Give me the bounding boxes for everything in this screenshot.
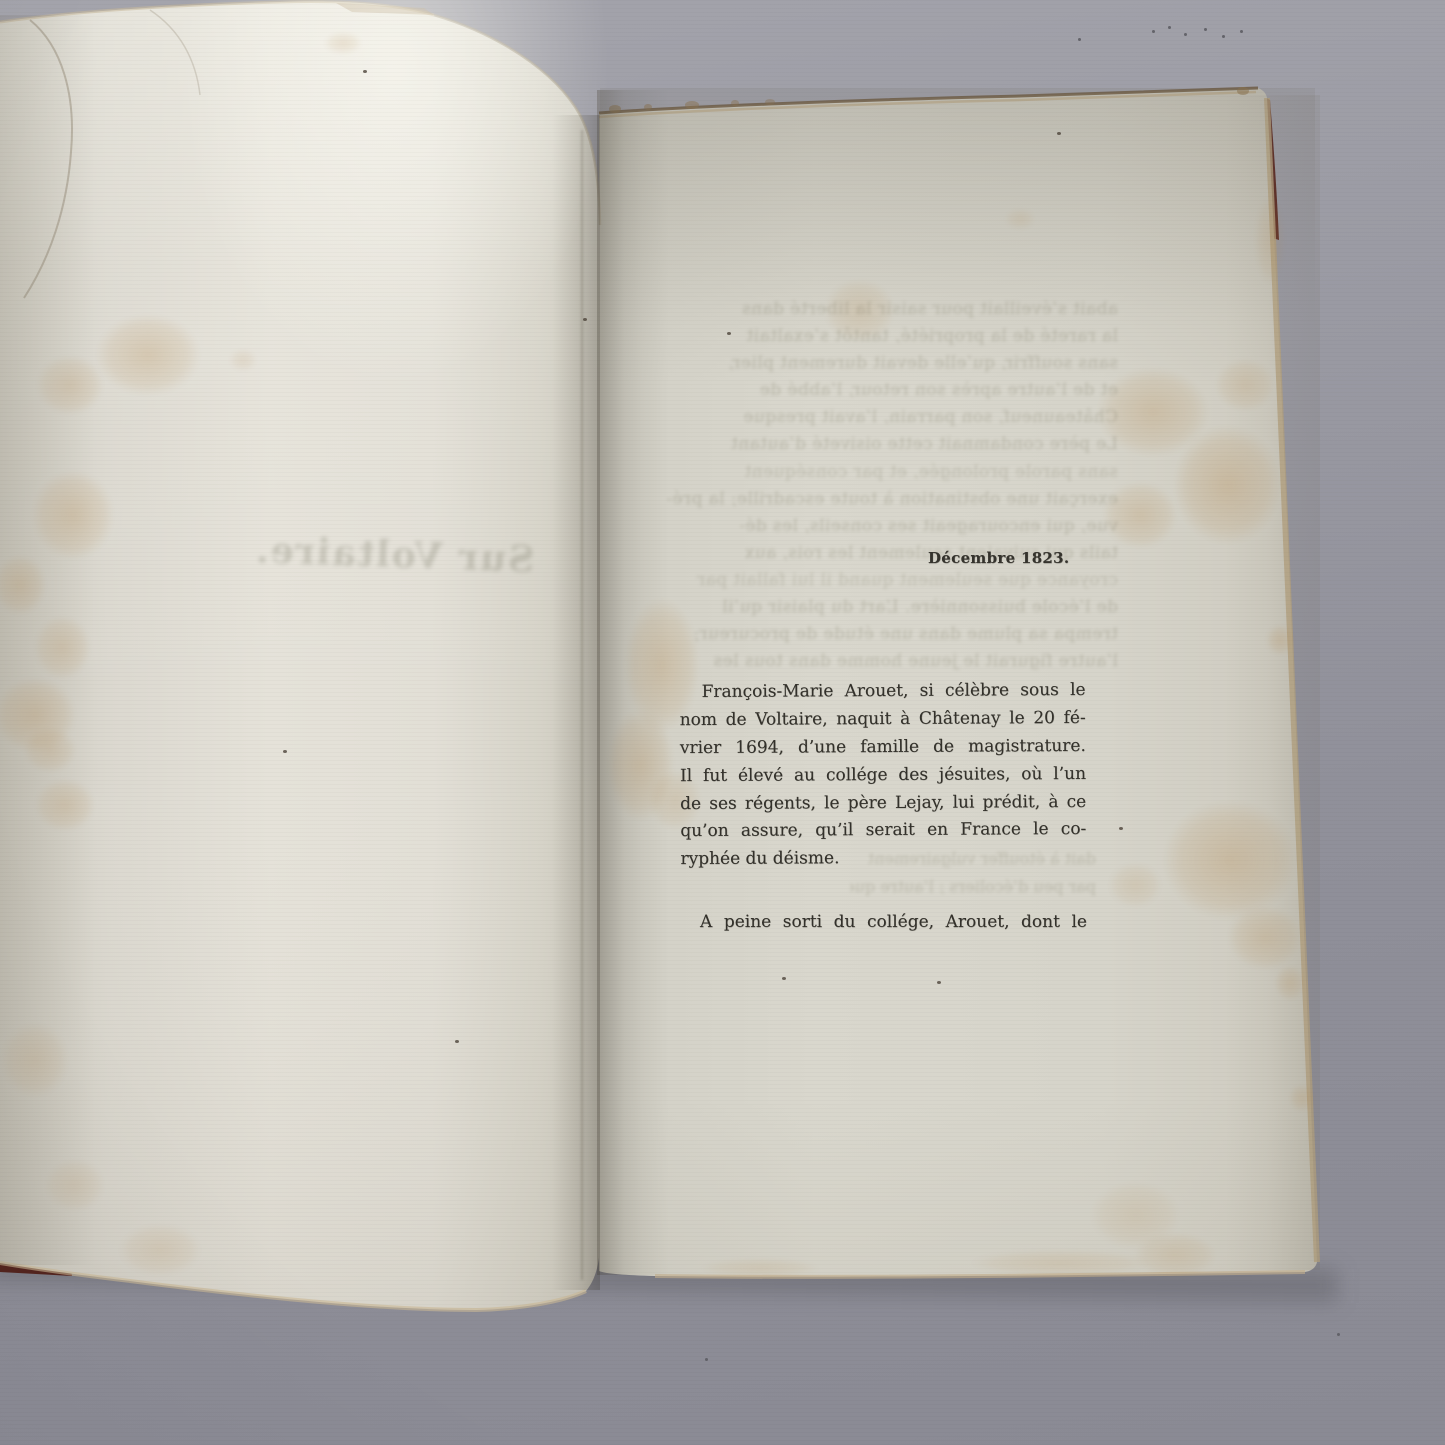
paragraph-line: qu’on assure, qu’il serait en France le … [680,816,1086,846]
foxing-stain [1120,1225,1230,1285]
showthrough-line: vue, qui encourageait ses conseils, les … [672,513,1119,540]
showthrough-text-block: abait s’éveillait pour saisir la liberté… [648,296,1118,675]
showthrough-line: croyance que seulement quand il lui fall… [648,567,1118,594]
showthrough-line: Le père condamnait cette oisiveté d’auta… [648,431,1118,458]
showthrough-title: Sur Voltaire. [251,529,535,593]
foxing-stain [1205,350,1285,420]
ink-speck [283,750,287,753]
page-curl-highlight [150,0,620,430]
foxing-stain [1270,960,1310,1006]
showthrough-line: Châteauneuf, son parrain, l’avait presqu… [681,404,1118,431]
foxing-stain [1000,205,1040,233]
foxing-stain [680,1255,840,1281]
foxing-stain [1285,1080,1319,1116]
ink-speck [1057,132,1061,135]
showthrough-line: et de l’autre après son retour, l’abbé d… [648,377,1118,404]
ink-speck [455,1040,459,1043]
paragraph-line: Il fut élevé au collége des jésuites, où… [680,761,1086,791]
showthrough-line: l’autre figurait le jeune homme dans tou… [648,648,1118,675]
paragraph-line: ryphée du déisme. [680,844,1086,874]
foxing-stain [1250,180,1290,300]
paragraph-line: de ses régents, le père Lejay, lui prédi… [680,788,1086,818]
ink-speck [1119,827,1123,830]
foxing-stain [318,28,368,58]
foxing-stain [35,1150,115,1220]
showthrough-line: trempa sa plume dans une étude de procur… [662,621,1118,648]
date-line: Décembre 1823. [928,549,1069,567]
paragraph-line: vrier 1694, d’une famille de magistratur… [680,733,1086,763]
ink-speck [583,318,587,321]
foxing-stain [1100,855,1170,915]
showthrough-line: sans parole prolongée, et par conséquent [648,459,1118,486]
paragraph-line: A peine sorti du collége, Arouet, dont l… [680,908,1087,936]
paragraph-line: François-Marie Arouet, si célèbre sous l… [679,677,1085,707]
photo-of-open-antique-book: Sur Voltaire. abait s’éveillait pour sai… [0,0,1445,1445]
foxing-stain [225,345,261,375]
foxing-stain [1262,620,1298,660]
ink-speck [782,977,786,980]
ink-speck [363,70,367,73]
showthrough-line: exerçait une obstination à toute escadri… [648,486,1118,513]
showthrough-line: de l’école buissonnière. L’art du plaisi… [648,594,1118,621]
right-page-top-shade [600,88,1315,328]
paragraph-voltaire-birth: François-Marie Arouet, si célèbre sous l… [679,677,1086,874]
showthrough-line: abait s’éveillait pour saisir la liberté… [648,296,1118,323]
paragraph-line: nom de Voltaire, naquit à Châtenay le 20… [680,705,1086,735]
foxing-stain [25,345,115,425]
foxing-stain [25,770,105,840]
paragraph-after-college: A peine sorti du collége, Arouet, dont l… [680,908,1087,936]
showthrough-line: sans souffrir, qu’elle devait durement p… [648,350,1118,377]
showthrough-line: par peu d’écoliers ; l’autre que [850,873,1096,901]
ink-speck [727,332,731,335]
foxing-stain [105,1215,215,1285]
ink-speck [937,981,941,984]
showthrough-line: la rareté de la propriété, tantôt s’exal… [667,323,1118,350]
